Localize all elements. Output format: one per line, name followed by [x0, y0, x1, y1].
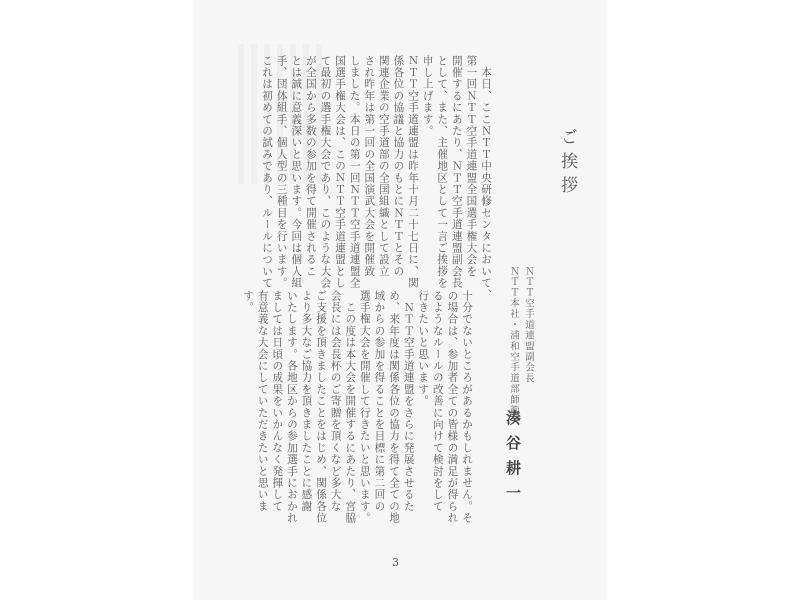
text-column: ＮＴＴ空手道連盟をさらに発展させるた — [401, 290, 416, 540]
text-column: るようなルールの改善に向けて検討をして — [430, 290, 445, 540]
text-column: て最初の選手権大会であり、このような大会 — [318, 55, 333, 280]
text-column: これは初めての試みであり、ルールについて — [260, 55, 275, 280]
text-column: 関連企業の空手道部の全国組織として設立 — [376, 55, 391, 280]
text-column: 開催するにあたり、ＮＴＴ空手道連盟副会長 — [449, 55, 464, 280]
text-column: め、来年度は関係各位の協力を得て全ての地 — [386, 290, 401, 540]
text-column: とは誠に意義深いと思います。今回は個人組 — [289, 55, 304, 280]
text-column: 会長には会長杯のご寄贈を頂くなど多大な — [328, 290, 343, 540]
text-column: 域からの参加を得ることを目標に第二回の — [372, 290, 387, 540]
text-column: ましては日頃の成果をいかんなく発揮して — [270, 290, 285, 540]
text-column: 手、団体組手、個人型の三種目を行います。 — [274, 55, 289, 280]
text-column: 行きたいと思います。 — [416, 290, 431, 540]
text-column: しました。本日の第一回ＮＴＴ空手道連盟全 — [347, 55, 362, 280]
body-text-upper: 本日、ここＮＴＴ中央研修センタにおいて、 第一回ＮＴＴ空手道連盟全国選手権大会を… — [260, 55, 494, 280]
text-column: 本日、ここＮＴＴ中央研修センタにおいて、 — [478, 55, 493, 280]
body-text-lower: 十分でないところがあるかもしれません。そ の場合は、参加者全ての皆様の満足が得ら… — [241, 290, 475, 540]
text-column: 申し上げます。 — [420, 55, 435, 280]
text-column: の場合は、参加者全ての皆様の満足が得られ — [445, 290, 460, 540]
text-column: 有意義な大会にしていただきたいと思いま — [255, 290, 270, 540]
text-column: 係各位の協議と協力のもとにＮＴＴとその — [391, 55, 406, 280]
text-column: 選手権大会を開催して行きたいと思います。 — [357, 290, 372, 540]
text-column: され昨年は第一回の全国演武大会を開催致 — [362, 55, 377, 280]
text-column: この度は本大会を開催するにあたり、宮脇 — [343, 290, 358, 540]
text-column: す。 — [241, 290, 256, 540]
text-column: として、また、主催地区として一言ご挨拶を — [435, 55, 450, 280]
text-column: 十分でないところがあるかもしれません。そ — [459, 290, 474, 540]
text-column: 第一回ＮＴＴ空手道連盟全国選手権大会を — [464, 55, 479, 280]
text-column: が全国から多数の参加を得て開催されるこ — [303, 55, 318, 280]
text-column: ご支援を頂きましたことをはじめ、関係各位 — [313, 290, 328, 540]
text-column: 国選手権大会は、このＮＴＴ空手道連盟とし — [332, 55, 347, 280]
page-title: ご挨拶 — [555, 128, 580, 200]
text-column: より多大なご協力を頂きましたことに感謝 — [299, 290, 314, 540]
text-column: ＮＴＴ空手道連盟は昨年十月二十七日に、関 — [405, 55, 420, 280]
author-title-organization: ＮＴＴ空手道連盟副会長 — [522, 266, 535, 384]
page-number: 3 — [392, 556, 399, 569]
author-affiliation: ＮＴＴ本社・浦和空手道部師範 — [507, 266, 520, 416]
author-name: 湊谷耕一 — [503, 410, 524, 510]
text-column: いたします。各地区からの参加選手におかれ — [284, 290, 299, 540]
